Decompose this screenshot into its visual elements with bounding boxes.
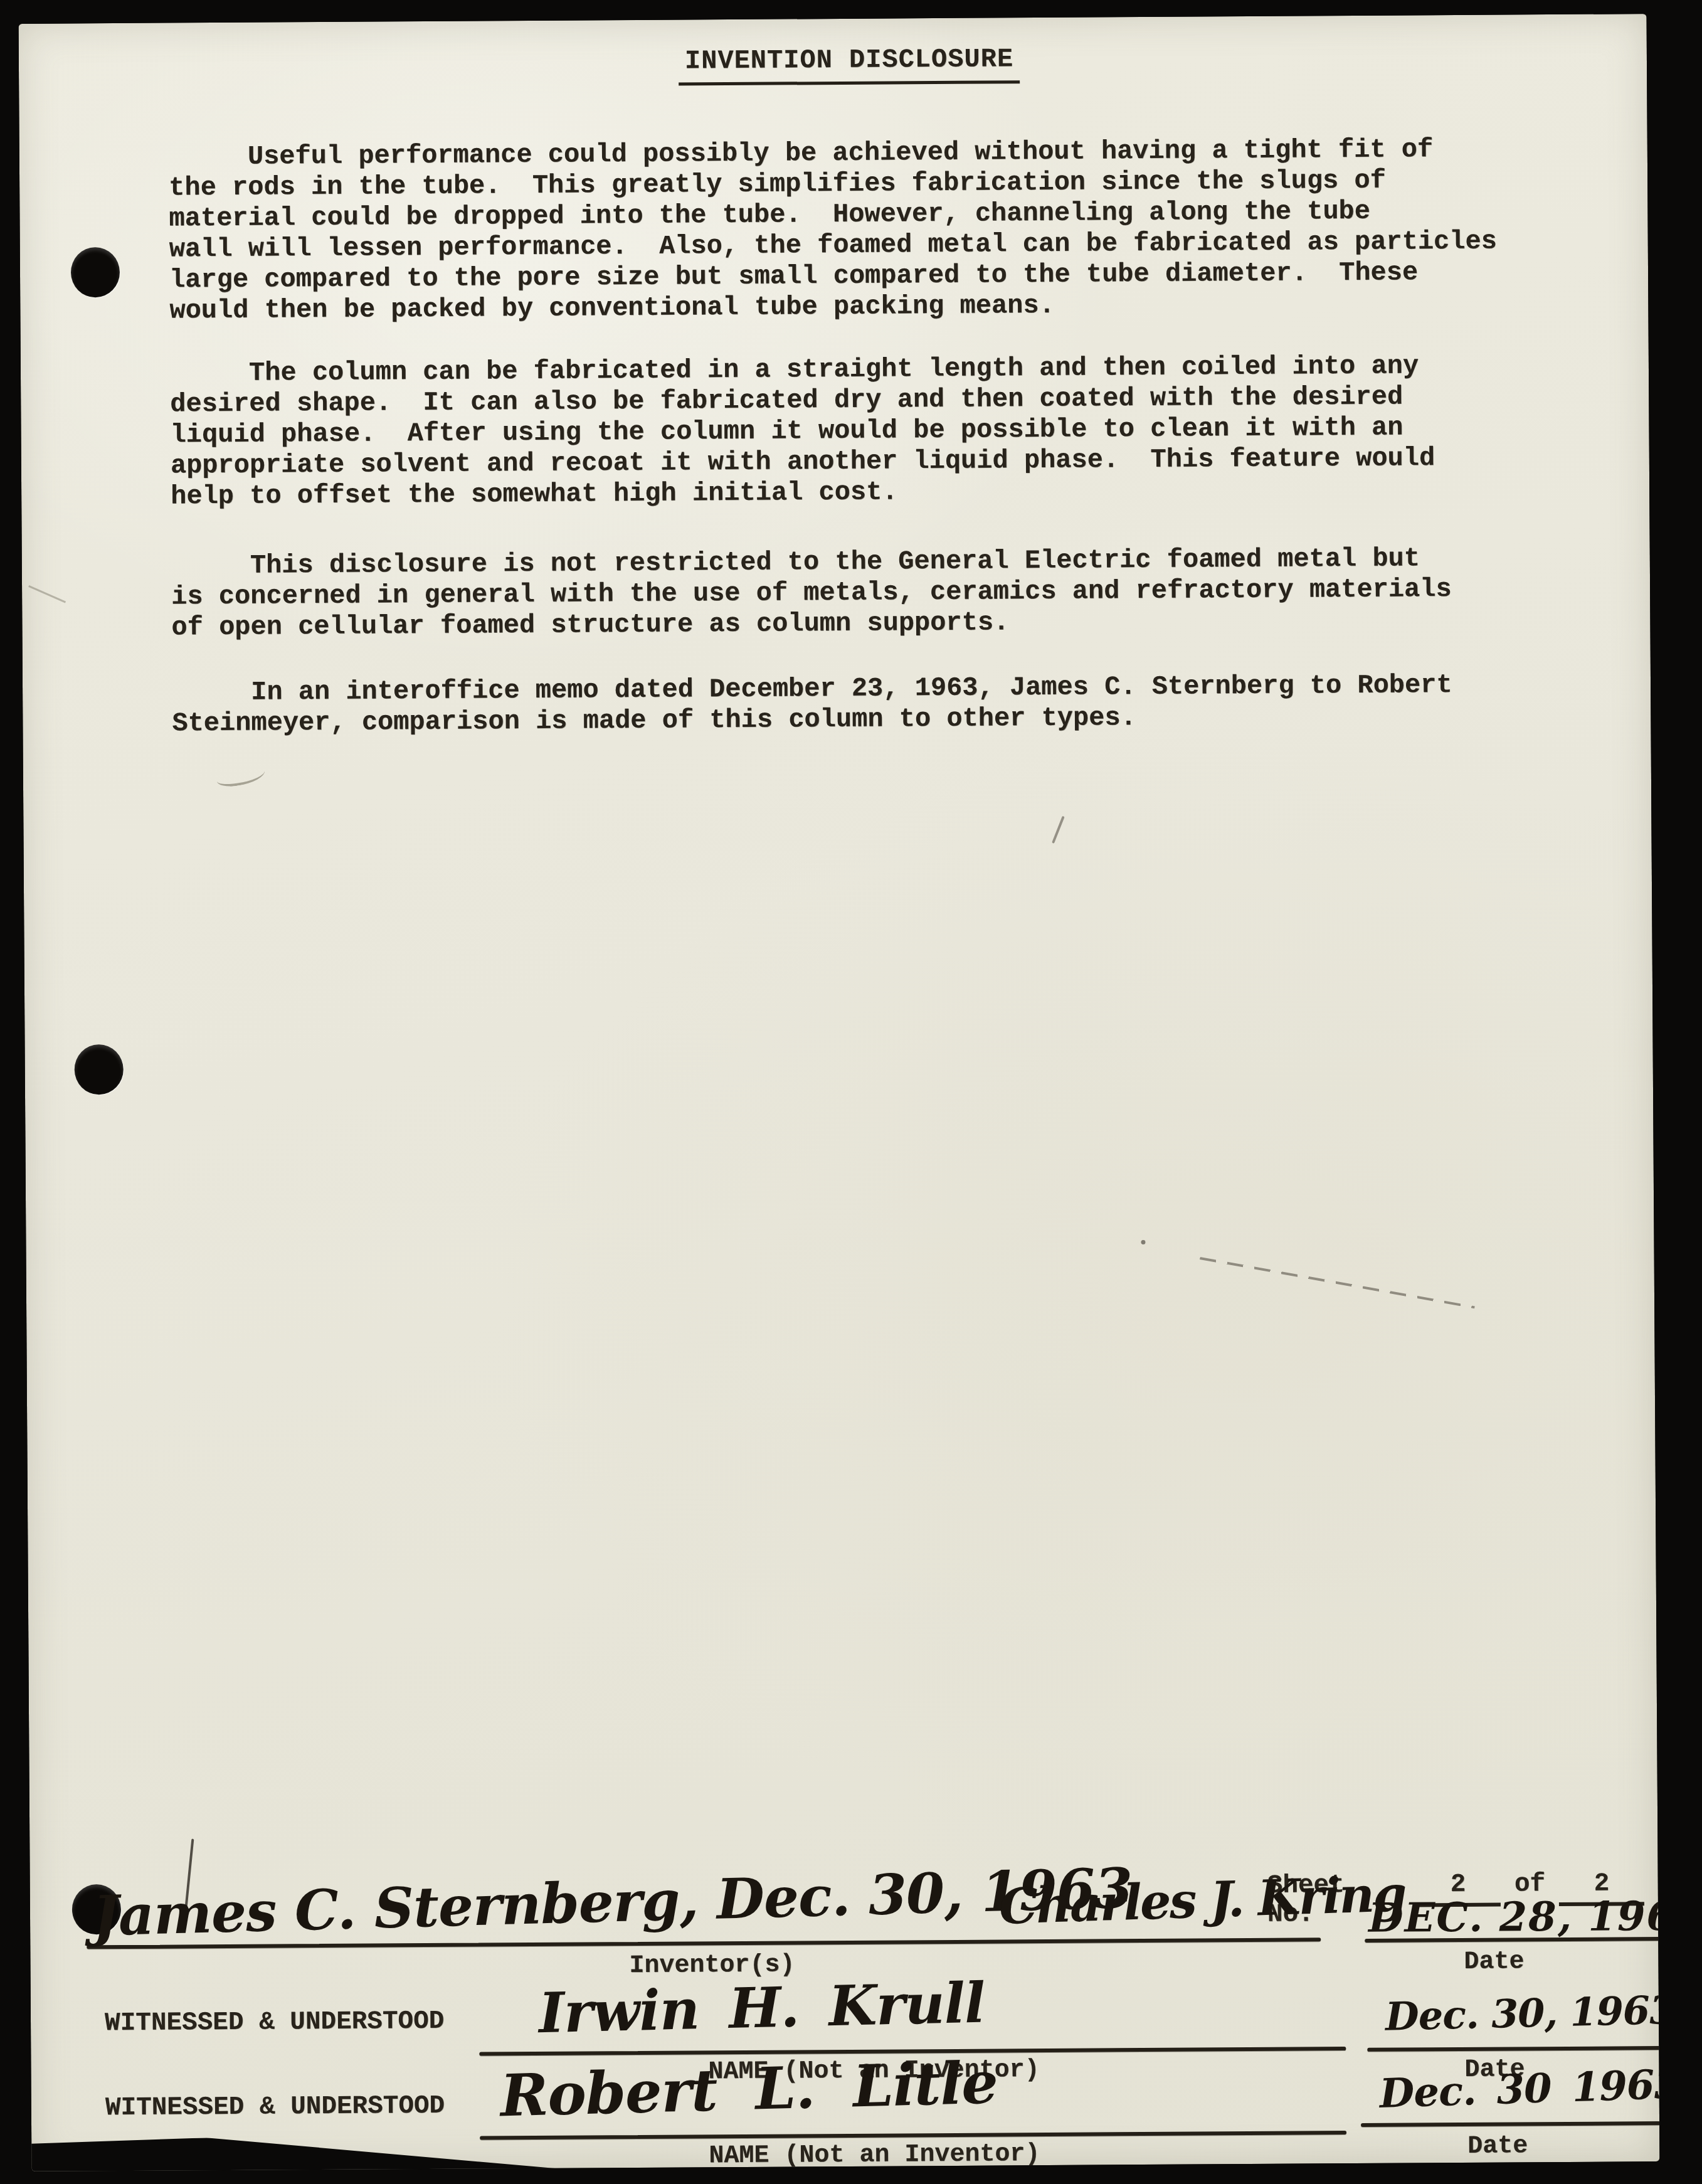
smudge-mark — [1052, 816, 1065, 844]
paragraph: This disclosure is not restricted to the… — [171, 543, 1570, 644]
witness-signature: Robert L. Litle — [499, 2049, 998, 2129]
witness-label: WITNESSED & UNDERSTOOD — [105, 2007, 445, 2038]
smudge-mark — [215, 763, 267, 788]
witness-date-line — [1361, 2121, 1659, 2127]
witness-date-handwritten: Dec. 30 1963 — [1379, 2061, 1660, 2118]
witness-date-caption: Date — [1467, 2132, 1528, 2161]
punch-hole — [71, 247, 120, 297]
punch-hole — [75, 1044, 124, 1095]
scratch-mark — [1200, 1257, 1475, 1308]
inventor-signature: James C. Sternberg, Dec. 30, 1963 — [92, 1855, 1133, 1949]
inventor-date-handwritten: DEC. 28, 1963 — [1368, 1893, 1660, 1942]
witness-signature: Irwin H. Krull — [538, 1969, 986, 2045]
inventor-date-caption: Date — [1464, 1948, 1524, 1977]
smudge-mark — [28, 585, 66, 603]
paper: INVENTION DISCLOSURE Useful performance … — [19, 14, 1660, 2171]
scan-background: INVENTION DISCLOSURE Useful performance … — [0, 0, 1702, 2184]
scan-edge-shadow — [19, 2136, 571, 2171]
speck-mark — [1141, 1240, 1145, 1244]
witness-name-caption: NAME (Not an Inventor) — [709, 2140, 1040, 2171]
witness-signature-line — [480, 2131, 1346, 2139]
witness-date-line — [1367, 2046, 1659, 2052]
witness-date-handwritten: Dec. 30, 1963 — [1385, 1987, 1659, 2040]
paragraph: Useful performance could possibly be ach… — [169, 134, 1568, 327]
paragraph: The column can be fabricated in a straig… — [170, 350, 1569, 512]
page-title: INVENTION DISCLOSURE — [679, 44, 1020, 85]
witness-label: WITNESSED & UNDERSTOOD — [105, 2092, 445, 2123]
paragraph: In an interoffice memo dated December 23… — [172, 669, 1571, 739]
document-body: Useful performance could possibly be ach… — [169, 134, 1571, 739]
